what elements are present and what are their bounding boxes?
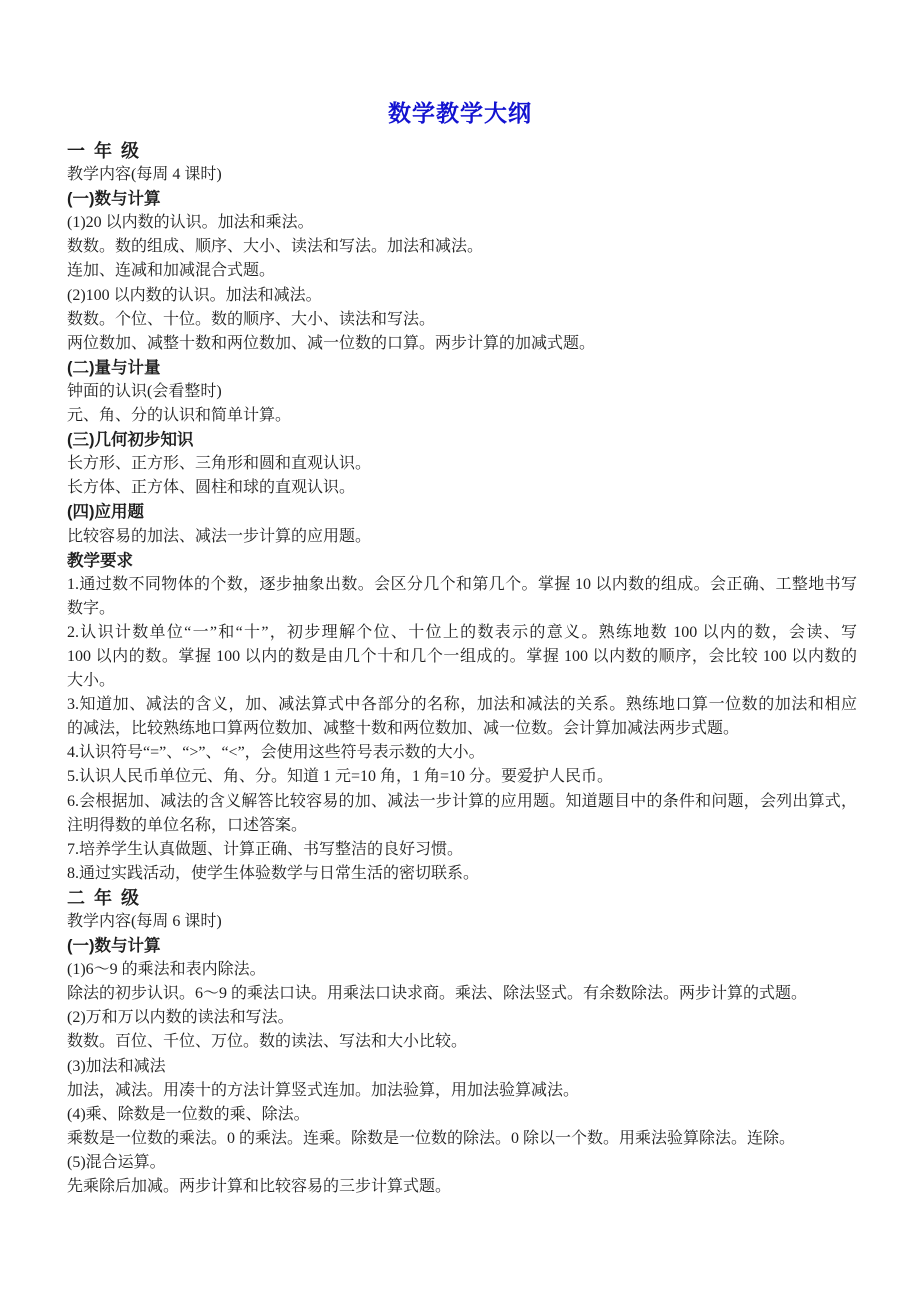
text-line: 比较容易的加法、减法一步计算的应用题。 (67, 525, 857, 549)
grade-line: 二 年 级 (67, 886, 857, 910)
text-line: 两位数加、减整十数和两位数加、减一位数的口算。两步计算的加减式题。 (67, 332, 857, 356)
text-line: 8.通过实践活动，使学生体验数学与日常生活的密切联系。 (67, 862, 857, 886)
text-line: 钟面的认识(会看整时) (67, 380, 857, 404)
text-line: (2)万和万以内数的读法和写法。 (67, 1006, 857, 1030)
text-line: 4.认识符号“=”、“>”、“<”，会使用这些符号表示数的大小。 (67, 741, 857, 765)
text-line: 数数。数的组成、顺序、大小、读法和写法。加法和减法。 (67, 235, 857, 259)
text-line: 长方形、正方形、三角形和圆和直观认识。 (67, 452, 857, 476)
text-line: 7.培养学生认真做题、计算正确、书写整洁的良好习惯。 (67, 838, 857, 862)
document-title: 数学教学大纲 (0, 99, 920, 127)
text-line: 教学内容(每周 4 课时) (67, 163, 857, 187)
text-line: (5)混合运算。 (67, 1151, 857, 1175)
text-line: 注明得数的单位名称，口述答案。 (67, 814, 857, 838)
text-line: 3.知道加、减法的含义，加、减法算式中各部分的名称，加法和减法的关系。熟练地口算… (67, 693, 857, 717)
text-line: 加法，减法。用凑十的方法计算竖式连加。加法验算，用加法验算减法。 (67, 1079, 857, 1103)
text-line: 100 以内的数。掌握 100 以内的数是由几个十和几个一组成的。掌握 100 … (67, 645, 857, 669)
document-body: 一 年 级教学内容(每周 4 课时)(一)数与计算(1)20 以内数的认识。加法… (67, 139, 857, 1199)
text-line: 数数。百位、千位、万位。数的读法、写法和大小比较。 (67, 1030, 857, 1054)
text-line: 乘数是一位数的乘法。0 的乘法。连乘。除数是一位数的除法。0 除以一个数。用乘法… (67, 1127, 857, 1151)
text-line: 连加、连减和加减混合式题。 (67, 259, 857, 283)
document-page: 数学教学大纲 一 年 级教学内容(每周 4 课时)(一)数与计算(1)20 以内… (0, 0, 920, 1302)
text-line: (1)6～9 的乘法和表内除法。 (67, 958, 857, 982)
text-line: (1)20 以内数的认识。加法和乘法。 (67, 211, 857, 235)
text-line: 教学内容(每周 6 课时) (67, 910, 857, 934)
text-line: 大小。 (67, 669, 857, 693)
heading-line: (三)几何初步知识 (67, 428, 857, 452)
text-line: 数字。 (67, 597, 857, 621)
text-line: (3)加法和减法 (67, 1055, 857, 1079)
text-line: 先乘除后加减。两步计算和比较容易的三步计算式题。 (67, 1175, 857, 1199)
heading-line: (二)量与计量 (67, 356, 857, 380)
heading-line: (四)应用题 (67, 500, 857, 524)
text-line: 元、角、分的认识和简单计算。 (67, 404, 857, 428)
heading-line: 教学要求 (67, 549, 857, 573)
text-line: 长方体、正方体、圆柱和球的直观认识。 (67, 476, 857, 500)
text-line: 的减法，比较熟练地口算两位数加、减整十数和两位数加、减一位数。会计算加减法两步式… (67, 717, 857, 741)
heading-line: (一)数与计算 (67, 187, 857, 211)
heading-line: (一)数与计算 (67, 934, 857, 958)
text-line: 5.认识人民币单位元、角、分。知道 1 元=10 角，1 角=10 分。要爱护人… (67, 765, 857, 789)
text-line: 1.通过数不同物体的个数，逐步抽象出数。会区分几个和第几个。掌握 10 以内数的… (67, 573, 857, 597)
text-line: (2)100 以内数的认识。加法和减法。 (67, 284, 857, 308)
text-line: 数数。个位、十位。数的顺序、大小、读法和写法。 (67, 308, 857, 332)
text-line: 6.会根据加、减法的含义解答比较容易的加、减法一步计算的应用题。知道题目中的条件… (67, 790, 857, 814)
text-line: (4)乘、除数是一位数的乘、除法。 (67, 1103, 857, 1127)
text-line: 除法的初步认识。6～9 的乘法口诀。用乘法口诀求商。乘法、除法竖式。有余数除法。… (67, 982, 857, 1006)
grade-line: 一 年 级 (67, 139, 857, 163)
text-line: 2.认识计数单位“一”和“十”，初步理解个位、十位上的数表示的意义。熟练地数 1… (67, 621, 857, 645)
